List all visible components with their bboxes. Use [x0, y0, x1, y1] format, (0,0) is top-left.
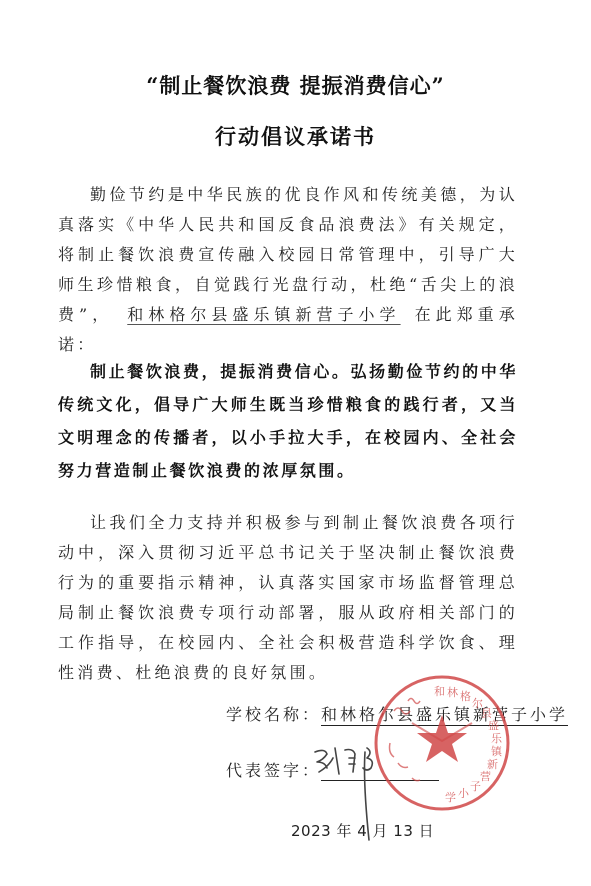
- svg-text:新: 新: [487, 758, 498, 771]
- svg-text:镇: 镇: [491, 744, 503, 758]
- school-name-blank: 和林格尔县盛乐镇新营子小学: [113, 305, 414, 324]
- svg-text:子: 子: [470, 780, 481, 793]
- svg-text:小: 小: [458, 786, 470, 800]
- signature-row: 代表签字：: [226, 758, 439, 781]
- paragraph-pledge: 制止餐饮浪费，提振消费信心。弘扬勤俭节约的中华传统文化，倡导广大师生既当珍惜粮食…: [58, 355, 518, 487]
- official-seal-icon: 和 林 格 尔 县 盛 乐 镇 新 营 子 小 学: [372, 673, 512, 813]
- signature-label: 代表签字：: [226, 761, 321, 780]
- paragraph-intro: 勤俭节约是中华民族的优良作风和传统美德，为认真落实《中华人民共和国反食品浪费法》…: [58, 180, 518, 360]
- svg-text:营: 营: [480, 769, 491, 783]
- school-name-row: 学校名称：和林格尔县盛乐镇新营子小学: [226, 702, 568, 725]
- svg-text:乐: 乐: [491, 732, 503, 745]
- school-name-label: 学校名称：: [226, 705, 321, 724]
- document-title: “制止餐饮浪费 提振消费信心”: [0, 70, 591, 100]
- intro-text: 勤俭节约是中华民族的优良作风和传统美德，为认真落实《中华人民共和国反食品浪费法》…: [58, 185, 518, 324]
- signature-line: [321, 762, 439, 781]
- svg-text:格: 格: [460, 689, 471, 703]
- paragraph-action: 让我们全力支持并积极参与到制止餐饮浪费各项行动中，深入贯彻习近平总书记关于坚决制…: [58, 508, 518, 688]
- svg-text:学: 学: [445, 791, 456, 804]
- school-name-value: 和林格尔县盛乐镇新营子小学: [321, 705, 568, 726]
- document-subtitle: 行动倡议承诺书: [0, 121, 591, 151]
- document-date: 2023 年 4 月 13 日: [291, 820, 434, 841]
